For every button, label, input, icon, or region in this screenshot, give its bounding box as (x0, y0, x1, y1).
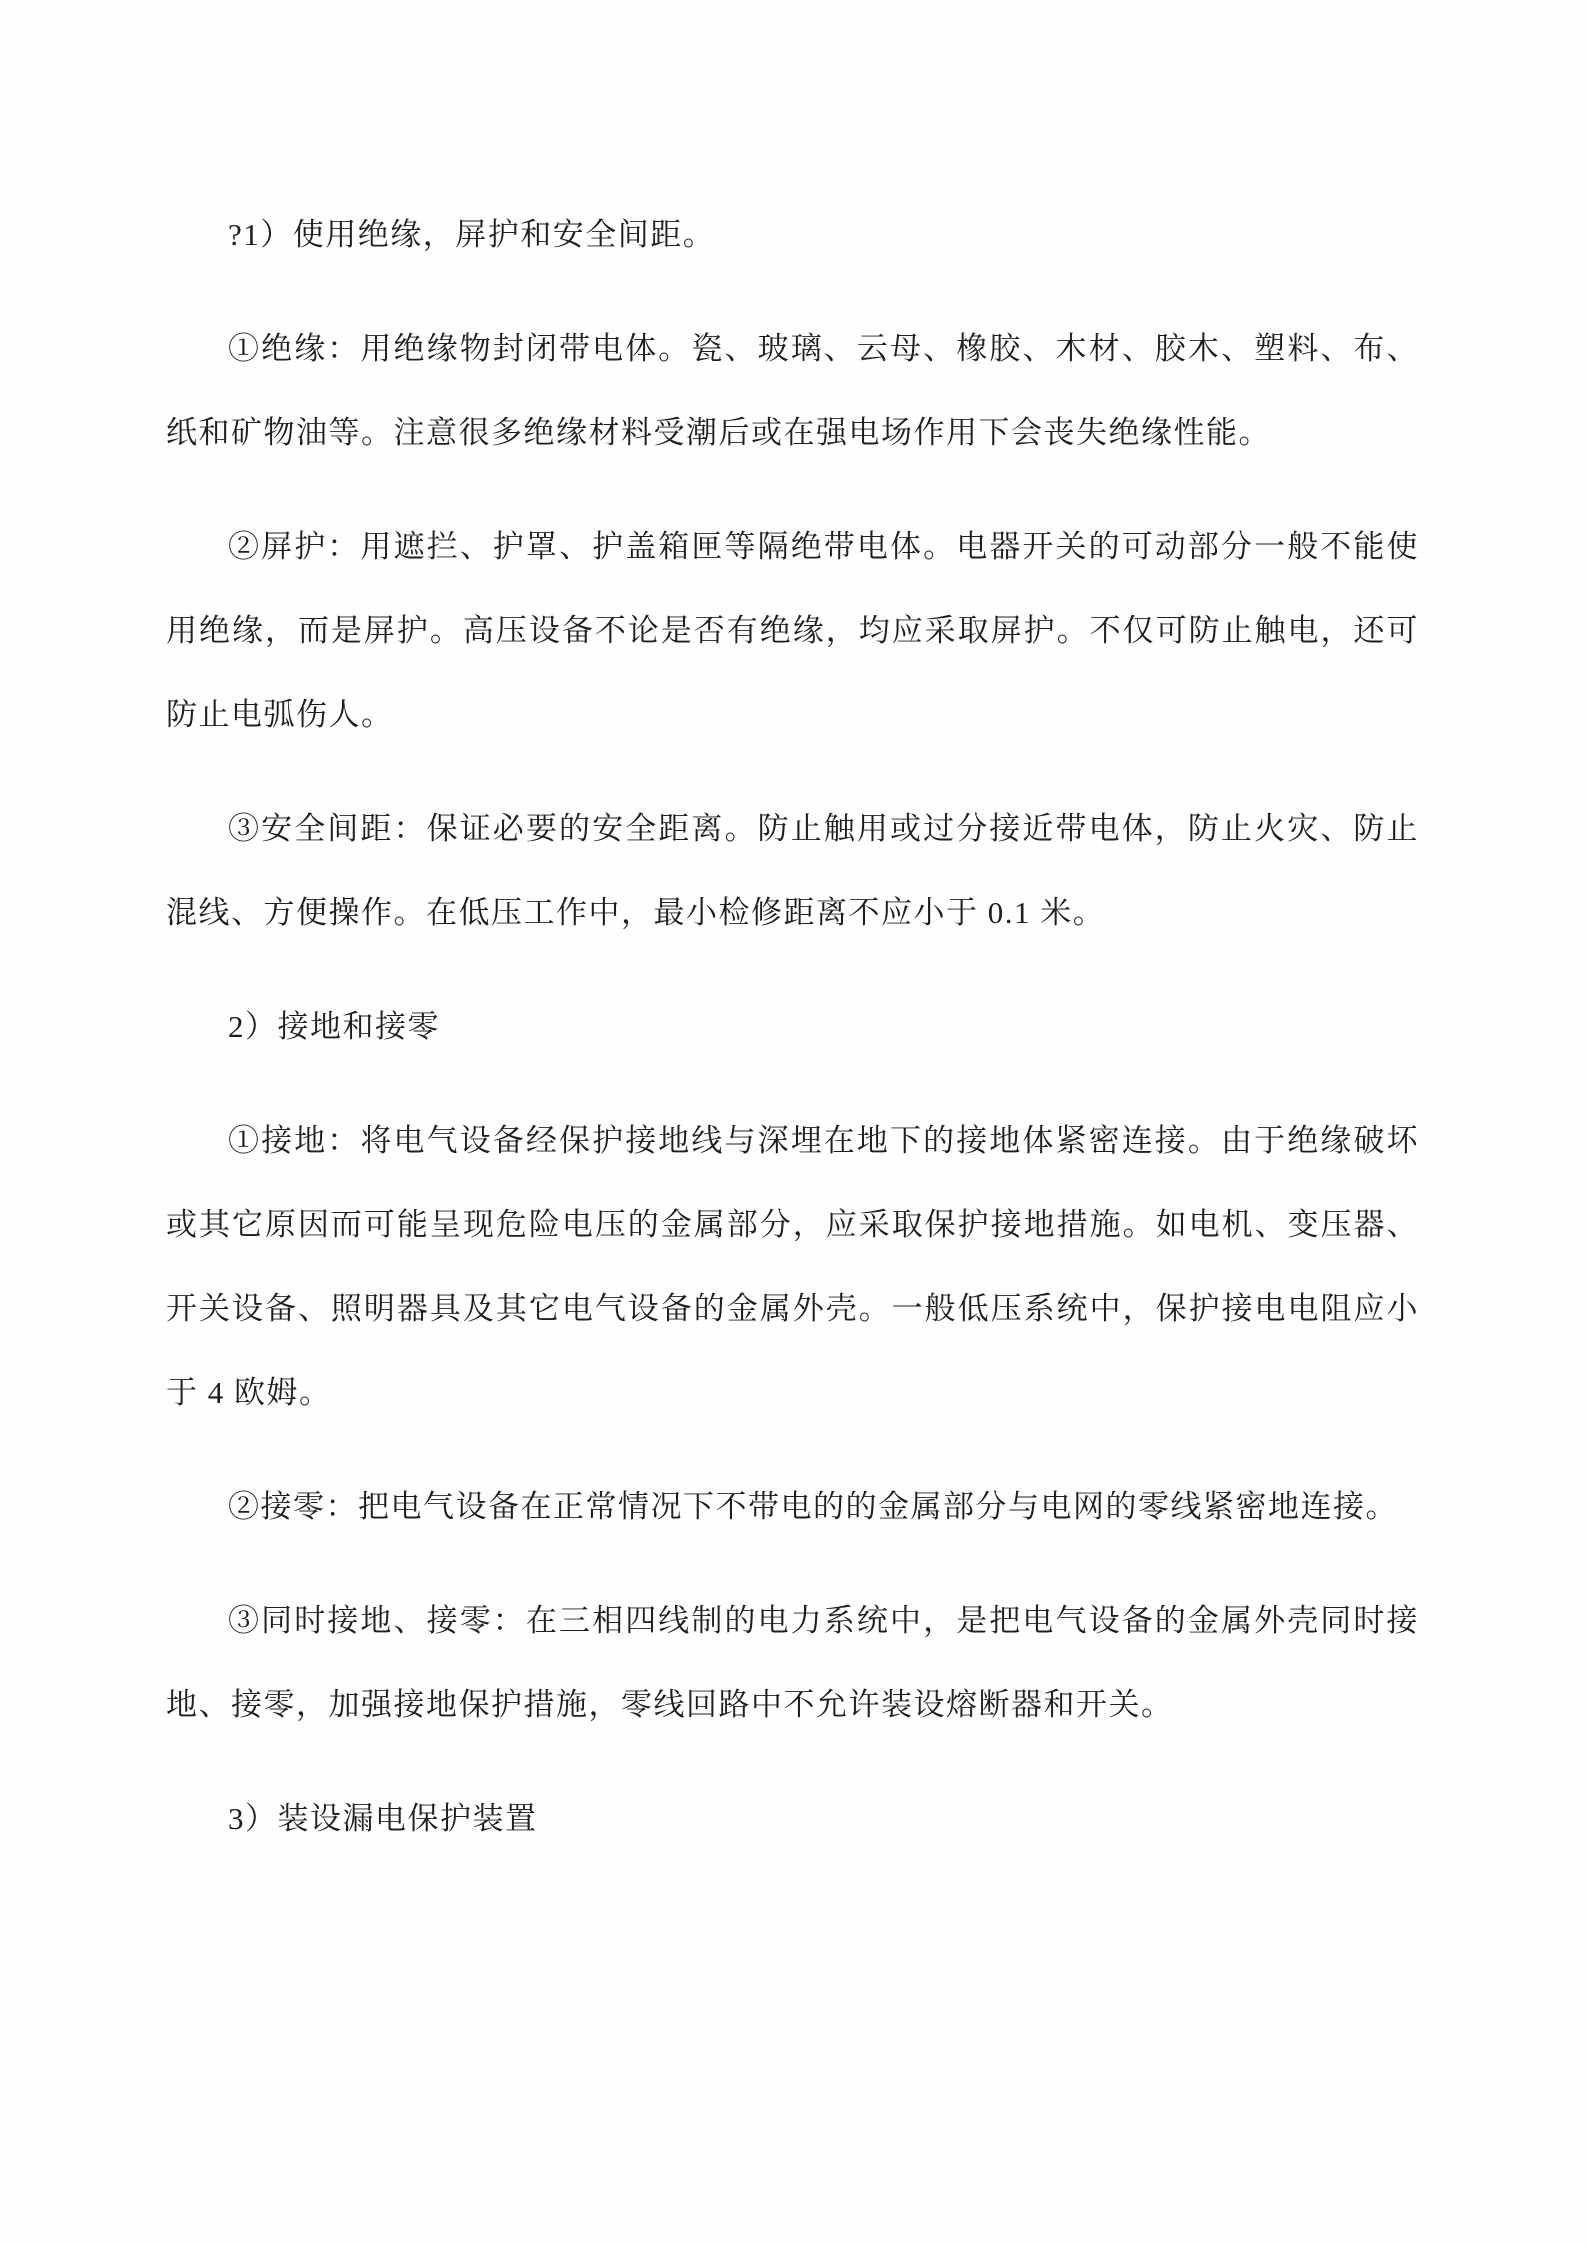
paragraph-safety-distance: ③安全间距：保证必要的安全距离。防止触用或过分接近带电体，防止火灾、防止混线、方… (166, 787, 1419, 955)
paragraph-neutral-connection: ②接零：把电气设备在正常情况下不带电的的金属部分与电网的零线紧密地连接。 (166, 1465, 1419, 1549)
paragraph-grounding: ①接地：将电气设备经保护接地线与深埋在地下的接地体紧密连接。由于绝缘破坏或其它原… (166, 1099, 1419, 1435)
document-page: ?1）使用绝缘，屏护和安全间距。 ①绝缘：用绝缘物封闭带电体。瓷、玻璃、云母、橡… (0, 0, 1587, 2245)
paragraph-section-1-heading: ?1）使用绝缘，屏护和安全间距。 (166, 193, 1419, 277)
paragraph-section-3-heading: 3）装设漏电保护装置 (166, 1777, 1419, 1861)
paragraph-shielding: ②屏护：用遮拦、护罩、护盖箱匣等隔绝带电体。电器开关的可动部分一般不能使用绝缘，… (166, 505, 1419, 757)
paragraph-section-2-heading: 2）接地和接零 (166, 985, 1419, 1069)
paragraph-insulation: ①绝缘：用绝缘物封闭带电体。瓷、玻璃、云母、橡胶、木材、胶木、塑料、布、纸和矿物… (166, 307, 1419, 475)
paragraph-simultaneous-grounding: ③同时接地、接零：在三相四线制的电力系统中，是把电气设备的金属外壳同时接地、接零… (166, 1579, 1419, 1747)
